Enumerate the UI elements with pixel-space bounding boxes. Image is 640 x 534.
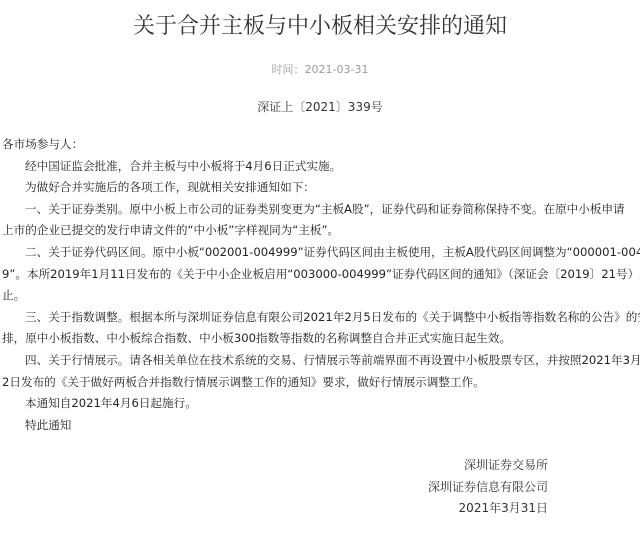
salutation: 各市场参与人： xyxy=(2,134,562,156)
publish-time-value: 2021-03-31 xyxy=(305,63,369,76)
signature-date: 2021年3月31日 xyxy=(428,498,548,520)
paragraph-item-1-securities-category: 一、关于证券类别。原中小板上市公司的证券类别变更为“主板A股”，证券代码和证券简… xyxy=(2,199,562,242)
paragraph-line: 排，原中小板指数、中小板综合指数、中小板300指数等指数的名称调整自合并正式实施… xyxy=(2,328,562,350)
paragraph-item-3-index-adjustment: 三、关于指数调整。根据本所与深圳证券信息有限公司2021年2月5日发布的《关于调… xyxy=(2,307,562,350)
signature-block: 深圳证券交易所 深圳证券信息有限公司 2021年3月31日 xyxy=(428,455,548,520)
paragraph-line: 特此通知 xyxy=(2,415,562,437)
paragraph-preface: 为做好合并实施后的各项工作，现就相关安排通知如下： xyxy=(2,177,562,199)
paragraph-effective-date: 本通知自2021年4月6日起施行。 xyxy=(2,393,562,415)
publish-time-label: 时间： xyxy=(272,63,305,76)
paragraph-line: 二、关于证券代码区间。原中小板“002001-004999”证券代码区间由主板使… xyxy=(2,242,562,264)
notice-body: 各市场参与人： 经中国证监会批准，合并主板与中小板将于4月6日正式实施。 为做好… xyxy=(2,134,562,436)
document-number: 深证上〔2021〕339号 xyxy=(0,99,640,115)
paragraph-line: 三、关于指数调整。根据本所与深圳证券信息有限公司2021年2月5日发布的《关于调… xyxy=(2,307,562,329)
paragraph-item-2-code-range: 二、关于证券代码区间。原中小板“002001-004999”证券代码区间由主板使… xyxy=(2,242,562,307)
publish-time: 时间：2021-03-31 xyxy=(0,62,640,78)
issuer-shenzhen-stock-exchange: 深圳证券交易所 xyxy=(428,455,548,477)
paragraph-intro: 经中国证监会批准，合并主板与中小板将于4月6日正式实施。 xyxy=(2,156,562,178)
paragraph-line: 一、关于证券类别。原中小板上市公司的证券类别变更为“主板A股”，证券代码和证券简… xyxy=(2,199,562,221)
issuer-shenzhen-securities-information: 深圳证券信息有限公司 xyxy=(428,477,548,499)
paragraph-line: 9”。本所2019年1月11日发布的《关于中小企业板启用“003000-0049… xyxy=(2,264,562,286)
paragraph-line: 为做好合并实施后的各项工作，现就相关安排通知如下： xyxy=(2,177,562,199)
paragraph-line: 止。 xyxy=(2,285,562,307)
paragraph-item-4-market-display: 四、关于行情展示。请各相关单位在技术系统的交易、行情展示等前端界面不再设置中小板… xyxy=(2,350,562,393)
paragraph-line: 经中国证监会批准，合并主板与中小板将于4月6日正式实施。 xyxy=(2,156,562,178)
paragraph-line: 四、关于行情展示。请各相关单位在技术系统的交易、行情展示等前端界面不再设置中小板… xyxy=(2,350,562,372)
paragraph-line: 本通知自2021年4月6日起施行。 xyxy=(2,393,562,415)
paragraph-line: 上市的企业已提交的发行申请文件的“中小板”字样视同为“主板”。 xyxy=(2,220,562,242)
paragraph-line: 2日发布的《关于做好两板合并指数行情展示调整工作的通知》要求，做好行情展示调整工… xyxy=(2,372,562,394)
paragraph-closing: 特此通知 xyxy=(2,415,562,437)
page-title: 关于合并主板与中小板相关安排的通知 xyxy=(0,12,640,42)
